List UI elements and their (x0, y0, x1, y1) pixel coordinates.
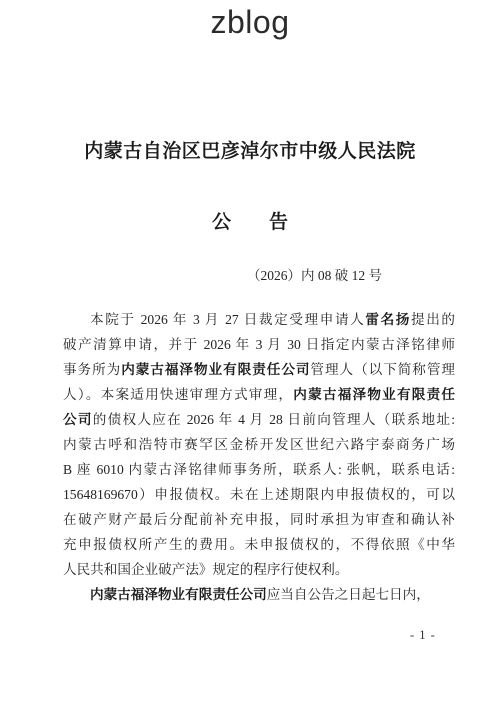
body-text: 本院于 2026 年 3 月 27 日裁定受理申请人 (90, 312, 365, 327)
body-line: 15648169670）申报债权。未在上述期限内申报债权的，可以 (63, 482, 455, 507)
case-number: （2026）内 08 破 12 号 (63, 264, 382, 284)
bold-text: 公司 (63, 412, 93, 427)
body-line: 人民共和国企业破产法》规定的程序行使权利。 (63, 557, 455, 582)
body-line: 内蒙古福泽物业有限责任公司应当自公告之日起七日内， (63, 582, 455, 607)
bold-text: 雷名扬 (365, 312, 411, 327)
body-line: 在破产财产最后分配前补充申报，同时承担为审查和确认补 (63, 507, 455, 532)
body-text: 事务所为 (63, 362, 121, 377)
notice-body: 本院于 2026 年 3 月 27 日裁定受理申请人雷名扬提出的破产清算申请，并… (63, 307, 455, 607)
court-title: 内蒙古自治区巴彦淖尔市中级人民法院 (0, 136, 500, 163)
body-line: 公司的债权人应在 2026 年 4 月 28 日前向管理人（联系地址: (63, 407, 455, 432)
bold-text: 内蒙古福泽物业有限责任 (293, 387, 455, 402)
notice-document: 内蒙古自治区巴彦淖尔市中级人民法院 公 告 （2026）内 08 破 12 号 … (0, 0, 500, 707)
body-text: 在破产财产最后分配前补充申报，同时承担为审查和确认补 (63, 512, 455, 527)
body-line: 内蒙古呼和浩特市赛罕区金桥开发区世纪六路宇泰商务广场 (63, 432, 455, 457)
body-text: B 座 6010 内蒙古泽铭律师事务所，联系人: 张帆，联系电话: (63, 462, 455, 477)
body-line: B 座 6010 内蒙古泽铭律师事务所，联系人: 张帆，联系电话: (63, 457, 455, 482)
body-text: 人）。本案适用快速审理方式审理， (63, 387, 293, 402)
body-line: 人）。本案适用快速审理方式审理，内蒙古福泽物业有限责任 (63, 382, 455, 407)
body-text: 充申报债权所产生的费用。未申报债权的，不得依照《中华 (63, 537, 455, 552)
body-text: 人民共和国企业破产法》规定的程序行使权利。 (63, 562, 348, 577)
body-text: 内蒙古呼和浩特市赛罕区金桥开发区世纪六路宇泰商务广场 (63, 437, 455, 452)
body-line: 破产清算申请，并于 2026 年 3 月 30 日指定内蒙古泽铭律师 (63, 332, 455, 357)
body-text: 的债权人应在 2026 年 4 月 28 日前向管理人（联系地址: (93, 412, 455, 427)
body-line: 事务所为内蒙古福泽物业有限责任公司管理人（以下简称管理 (63, 357, 455, 382)
bold-text: 内蒙古福泽物业有限责任公司 (121, 362, 310, 377)
body-text: 管理人（以下简称管理 (310, 362, 455, 377)
body-line: 充申报债权所产生的费用。未申报债权的，不得依照《中华 (63, 532, 455, 557)
body-text: 破产清算申请，并于 2026 年 3 月 30 日指定内蒙古泽铭律师 (63, 337, 455, 352)
bold-text: 内蒙古福泽物业有限责任公司 (90, 587, 267, 602)
body-text: 提出的 (411, 312, 455, 327)
body-text: 15648169670）申报债权。未在上述期限内申报债权的，可以 (63, 487, 455, 502)
body-text: 应当自公告之日起七日内， (267, 587, 430, 602)
body-line: 本院于 2026 年 3 月 27 日裁定受理申请人雷名扬提出的 (63, 307, 455, 332)
notice-title: 公 告 (0, 207, 500, 234)
page-number: - 1 - (410, 628, 436, 643)
